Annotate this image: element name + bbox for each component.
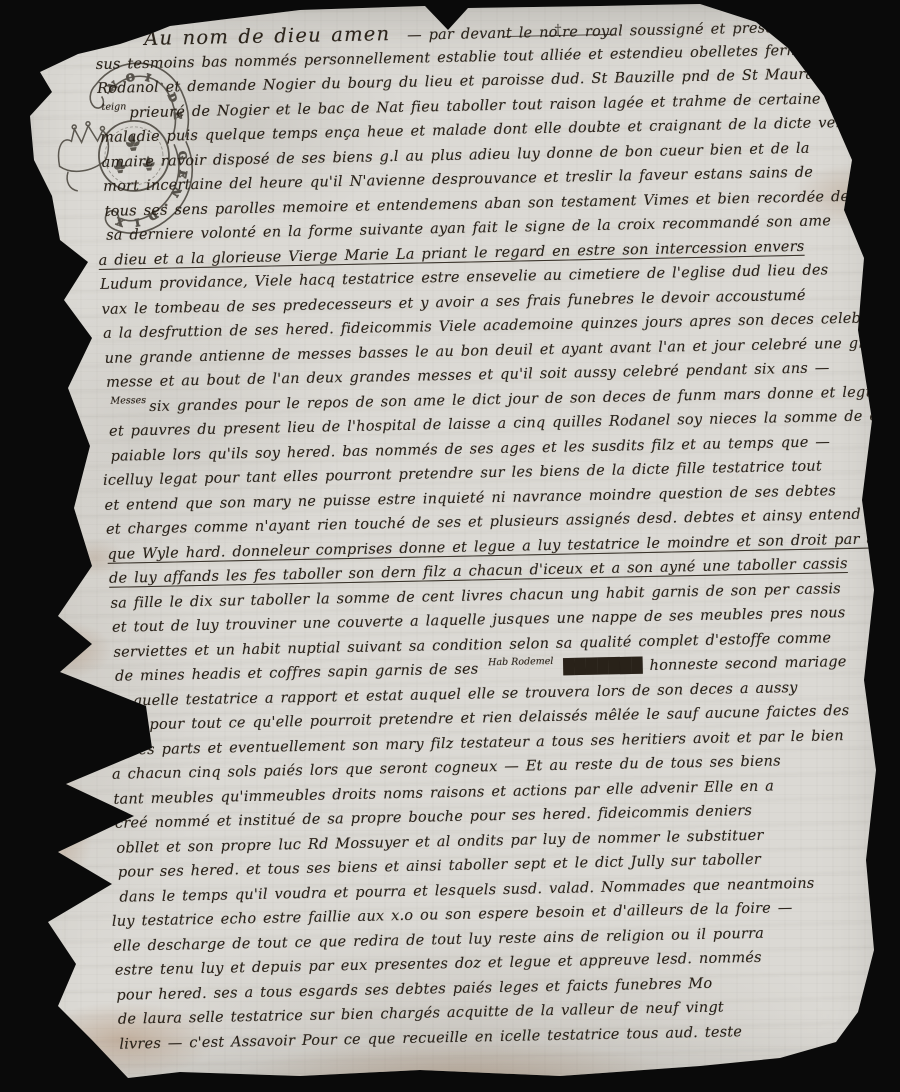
edge-shading [0,0,900,1092]
paper-sheet: † [0,0,900,1092]
manuscript-photo: { "page": { "background_color": "#0a0a0a… [0,0,900,1092]
